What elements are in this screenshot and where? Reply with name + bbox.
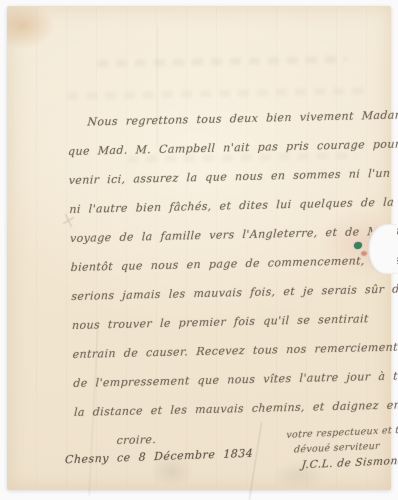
letter-photo: Nous regrettons tous deux bien vivement … (0, 0, 398, 500)
verso-show-through (97, 56, 347, 67)
wax-seal-speck-red (361, 251, 367, 256)
closing-block: votre respectueux et très dévoué servite… (286, 422, 398, 474)
tear-notch (367, 224, 397, 274)
verso-show-through (67, 87, 367, 99)
letter-body: Nous regrettons tous deux bien vivement … (67, 102, 398, 457)
letter-paper: Nous regrettons tous deux bien vivement … (7, 6, 391, 490)
